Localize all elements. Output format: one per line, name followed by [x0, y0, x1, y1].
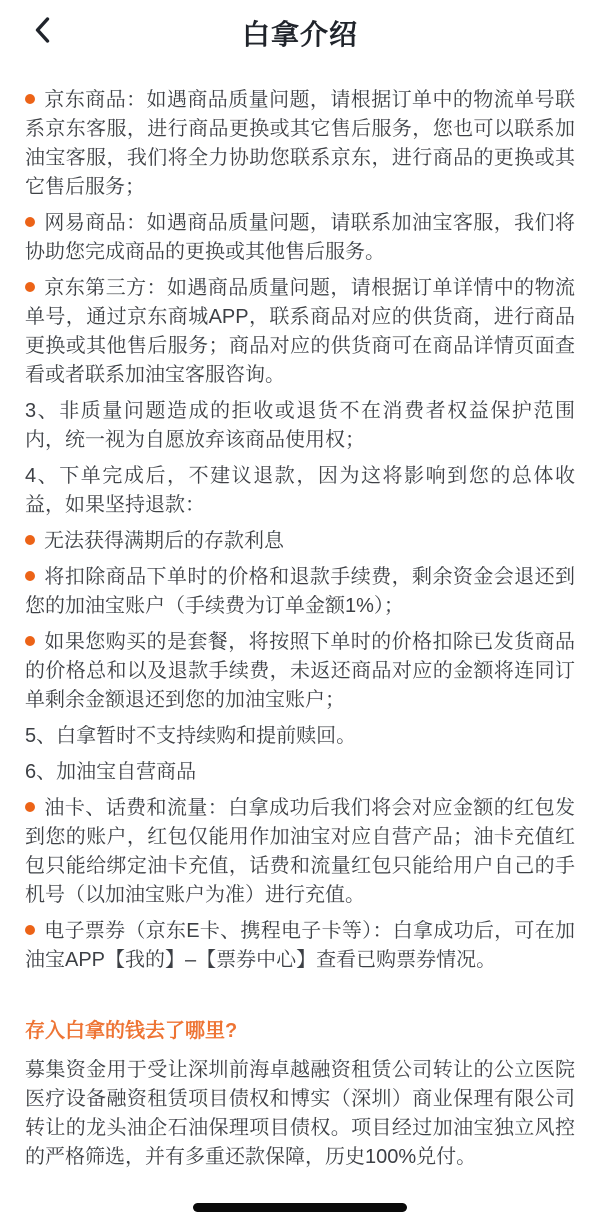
numbered-paragraph: 3、非质量问题造成的拒收或退货不在消费者权益保护范围内，统一视为自愿放弃该商品使… [25, 397, 575, 455]
block-text: 如果您购买的是套餐，将按照下单时的价格扣除已发货商品的价格总和以及退款手续费，未… [25, 631, 575, 711]
bullet-dot-icon [25, 217, 35, 227]
block-text: 3、非质量问题造成的拒收或退货不在消费者权益保护范围内，统一视为自愿放弃该商品使… [25, 400, 575, 451]
block-text: 电子票券（京东E卡、携程电子卡等）：白拿成功后，可在加油宝APP【我的】–【票券… [25, 920, 575, 971]
block-text: 京东商品：如遇商品质量问题，请根据订单中的物流单号联系京东客服，进行商品更换或其… [25, 89, 575, 198]
navbar: 白拿介绍 [0, 0, 600, 64]
numbered-paragraph: 5、白拿暂时不支持续购和提前赎回。 [25, 722, 575, 751]
bullet-dot-icon [25, 802, 35, 812]
bullet-item: 如果您购买的是套餐，将按照下单时的价格扣除已发货商品的价格总和以及退款手续费，未… [25, 628, 575, 715]
bullet-dot-icon [25, 282, 35, 292]
content-blocks: 京东商品：如遇商品质量问题，请根据订单中的物流单号联系京东客服，进行商品更换或其… [0, 64, 600, 975]
bullet-item: 京东商品：如遇商品质量问题，请根据订单中的物流单号联系京东客服，进行商品更换或其… [25, 86, 575, 202]
block-text: 将扣除商品下单时的价格和退款手续费，剩余资金会退还到您的加油宝账户（手续费为订单… [25, 566, 575, 617]
block-text: 4、下单完成后，不建议退款，因为这将影响到您的总体收益，如果坚持退款： [25, 465, 575, 516]
block-text: 5、白拿暂时不支持续购和提前赎回。 [25, 725, 356, 747]
chevron-left-icon [34, 16, 50, 44]
bai-na-intro-screen: 白拿介绍 京东商品：如遇商品质量问题，请根据订单中的物流单号联系京东客服，进行商… [0, 0, 600, 1223]
bullet-dot-icon [25, 925, 35, 935]
block-text: 网易商品：如遇商品质量问题，请联系加油宝客服，我们将协助您完成商品的更换或其他售… [25, 212, 575, 263]
bullet-item: 无法获得满期后的存款利息 [25, 527, 575, 556]
section-heading: 存入白拿的钱去了哪里? [25, 1017, 575, 1046]
bullet-dot-icon [25, 94, 35, 104]
bullet-item: 网易商品：如遇商品质量问题，请联系加油宝客服，我们将协助您完成商品的更换或其他售… [25, 209, 575, 267]
section-where-money-goes: 存入白拿的钱去了哪里? 募集资金用于受让深圳前海卓越融资租赁公司转让的公立医院医… [0, 1017, 600, 1172]
block-text: 油卡、话费和流量：白拿成功后我们将会对应金额的红包发到您的账户，红包仅能用作加油… [25, 797, 575, 906]
block-text: 京东第三方：如遇商品质量问题，请根据订单详情中的物流单号，通过京东商城APP，联… [25, 277, 575, 386]
bullet-dot-icon [25, 571, 35, 581]
back-button[interactable] [24, 12, 60, 48]
numbered-paragraph: 6、加油宝自营商品 [25, 758, 575, 787]
section-paragraph: 募集资金用于受让深圳前海卓越融资租赁公司转让的公立医院医疗设备融资租赁项目债权和… [25, 1056, 575, 1172]
bullet-dot-icon [25, 535, 35, 545]
block-text: 6、加油宝自营商品 [25, 761, 196, 783]
bullet-item: 油卡、话费和流量：白拿成功后我们将会对应金额的红包发到您的账户，红包仅能用作加油… [25, 794, 575, 910]
block-text: 无法获得满期后的存款利息 [44, 530, 284, 552]
page-title: 白拿介绍 [242, 13, 358, 53]
bullet-dot-icon [25, 636, 35, 646]
numbered-paragraph: 4、下单完成后，不建议退款，因为这将影响到您的总体收益，如果坚持退款： [25, 462, 575, 520]
bullet-item: 京东第三方：如遇商品质量问题，请根据订单详情中的物流单号，通过京东商城APP，联… [25, 274, 575, 390]
bullet-item: 将扣除商品下单时的价格和退款手续费，剩余资金会退还到您的加油宝账户（手续费为订单… [25, 563, 575, 621]
home-indicator[interactable] [193, 1203, 407, 1212]
bullet-item: 电子票券（京东E卡、携程电子卡等）：白拿成功后，可在加油宝APP【我的】–【票券… [25, 917, 575, 975]
